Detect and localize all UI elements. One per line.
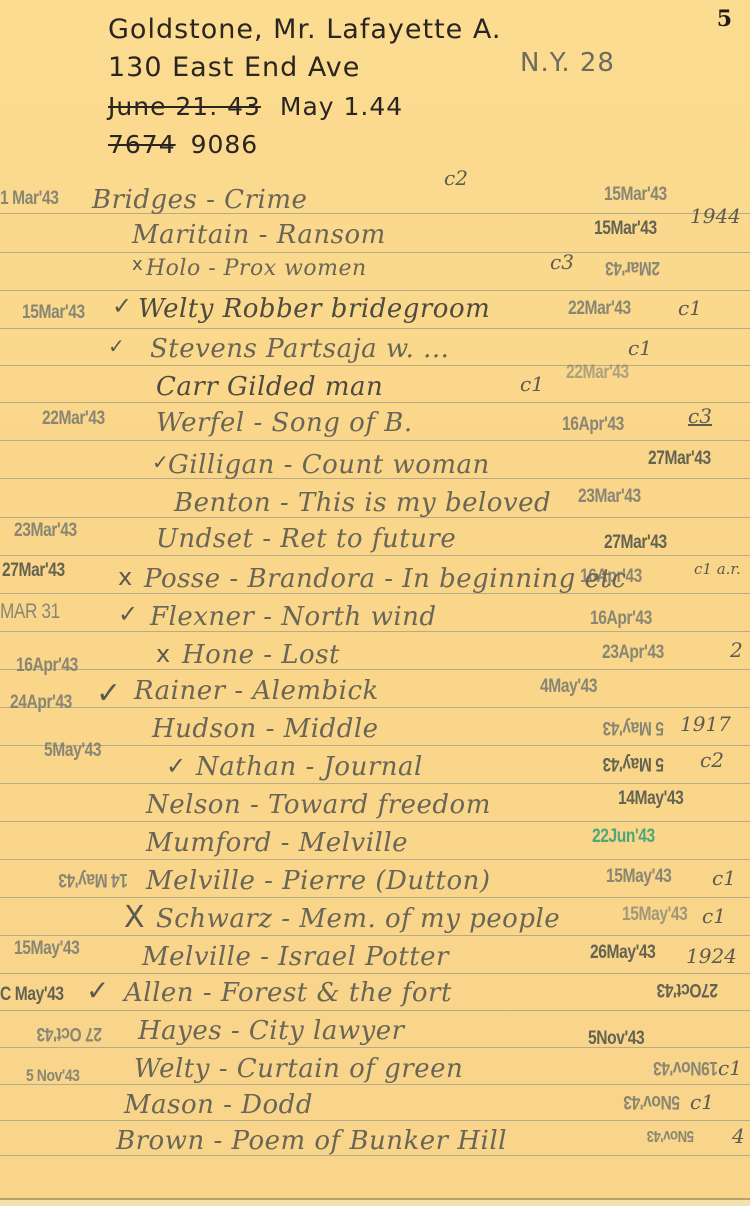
loan-entry: Posse - Brandora - In beginning etc: [144, 564, 626, 594]
loan-entry: Flexner - North wind: [150, 602, 437, 632]
loan-entry: Welty Robber bridegroom: [138, 294, 490, 324]
loan-entry: Nathan - Journal: [196, 752, 423, 782]
ruling-line: [0, 669, 750, 670]
date-stamp: 24Apr'43: [10, 692, 72, 714]
loan-entry: Stevens Partsaja w. ...: [150, 334, 449, 364]
loan-entry: Allen - Forest & the fort: [124, 978, 452, 1008]
margin-note: c1: [690, 1090, 714, 1114]
date-stamp: 2Mar'43: [605, 256, 660, 278]
date-stamp: 5Nov'43: [588, 1028, 644, 1050]
date-line: June 21. 43 May 1.44: [108, 92, 403, 121]
date-stamp: MAR 31: [0, 600, 60, 624]
margin-note: c1: [702, 904, 726, 928]
date-stamp: 5Nov'43: [647, 1126, 694, 1144]
loan-entry: Mumford - Melville: [146, 828, 408, 858]
loan-entry: Rainer - Alembick: [134, 676, 379, 706]
check-mark: ✓: [166, 752, 186, 780]
check-mark: ✓: [96, 676, 121, 711]
date-stamp: 15Mar'43: [22, 302, 85, 324]
margin-note: 1944: [690, 204, 741, 228]
date-stamp: 27Mar'43: [604, 532, 667, 554]
ruling-line: [0, 935, 750, 936]
card-no-line: 7674 9086: [108, 130, 258, 159]
ruling-line: [0, 1010, 750, 1011]
loan-entry: Maritain - Ransom: [132, 220, 386, 250]
ruling-line: [0, 328, 750, 329]
date-stamp: 23Mar'43: [14, 520, 77, 542]
loan-entry: Mason - Dodd: [124, 1090, 313, 1120]
date-stamp: 14 May'43: [59, 868, 128, 890]
date-current: May 1.44: [280, 92, 403, 121]
loan-entry: Schwarz - Mem. of my people: [156, 904, 560, 934]
check-mark: ✓: [112, 292, 132, 320]
date-stamp: 5 May'43: [603, 716, 664, 738]
loan-entry: Holo - Prox women: [146, 256, 367, 281]
check-mark: ✓: [152, 450, 169, 474]
ruling-line: [0, 745, 750, 746]
ruling-line: [0, 1084, 750, 1085]
date-struck: June 21. 43: [108, 92, 261, 121]
loan-entry: Hayes - City lawyer: [138, 1016, 405, 1046]
ruling-line: [0, 252, 750, 253]
date-stamp: 27 Oct'43: [37, 1022, 102, 1044]
margin-note: 2: [730, 638, 743, 662]
ruling-line: [0, 440, 750, 441]
date-stamp: 5Nov'43: [624, 1090, 680, 1112]
margin-note: 1924: [686, 944, 737, 968]
margin-note: c2: [444, 166, 468, 190]
library-borrower-card: 5 Goldstone, Mr. Lafayette A. 130 East E…: [0, 0, 750, 1200]
ruling-line: [0, 402, 750, 403]
margin-note: c1: [678, 296, 702, 320]
date-stamp: C May'43: [0, 984, 64, 1006]
margin-note: c3: [688, 404, 712, 428]
card-number: 5: [717, 6, 732, 32]
date-stamp: 22Mar'43: [566, 362, 629, 384]
date-stamp: 15May'43: [14, 938, 79, 960]
date-stamp: 5May'43: [44, 740, 101, 762]
loan-entry: Melville - Pierre (Dutton): [146, 866, 491, 896]
loan-entry: Carr Gilded man: [156, 372, 383, 402]
date-stamp: 14May'43: [618, 788, 683, 810]
check-mark: ✓: [86, 974, 109, 1007]
loan-entry: Welty - Curtain of green: [134, 1054, 463, 1084]
date-stamp: 5 May'43: [603, 752, 664, 774]
date-stamp: 19Nov'43: [653, 1056, 718, 1078]
x-mark: x: [118, 563, 132, 591]
loan-entry: Undset - Ret to future: [156, 524, 456, 554]
ruling-line: [0, 290, 750, 291]
date-stamp: 16Apr'43: [590, 608, 652, 630]
loan-entry: Hone - Lost: [182, 640, 340, 670]
date-stamp: 22Mar'43: [568, 298, 631, 320]
date-stamp: 5 Nov'43: [26, 1066, 80, 1086]
loan-entry: Bridges - Crime: [92, 185, 307, 215]
ruling-line: [0, 973, 750, 974]
loan-entry: Brown - Poem of Bunker Hill: [116, 1126, 507, 1156]
margin-note: c1: [628, 336, 652, 360]
date-stamp: 23Mar'43: [578, 486, 641, 508]
card-no-struck: 7674: [108, 130, 176, 159]
margin-note: c1 a.r.: [694, 560, 741, 578]
date-stamp: 15Mar'43: [594, 218, 657, 240]
ruling-line: [0, 555, 750, 556]
margin-note: 1917: [680, 712, 731, 736]
x-mark: x: [156, 640, 170, 668]
ruling-line: [0, 365, 750, 366]
postal-zone: N.Y. 28: [520, 48, 615, 78]
ruling-line: [0, 859, 750, 860]
date-stamp: 27Oct'43: [657, 978, 718, 1000]
ruling-line: [0, 897, 750, 898]
x-mark: X: [124, 900, 145, 935]
loan-entry: Benton - This is my beloved: [174, 488, 551, 518]
borrower-name: Goldstone, Mr. Lafayette A.: [108, 14, 501, 45]
date-stamp: 4May'43: [540, 676, 597, 698]
margin-note: c3: [550, 250, 574, 274]
date-stamp: 27Mar'43: [648, 448, 711, 470]
margin-note: 4: [732, 1124, 745, 1148]
date-stamp: 1 Mar'43: [0, 188, 58, 210]
date-stamp: 26May'43: [590, 942, 655, 964]
check-mark: ✓: [118, 600, 138, 628]
loan-entry: Nelson - Toward freedom: [146, 790, 491, 820]
loan-entry: Melville - Israel Potter: [142, 942, 449, 972]
date-stamp: 15May'43: [606, 866, 671, 888]
loan-entry: Gilligan - Count woman: [168, 450, 490, 480]
margin-note: c1: [712, 866, 736, 890]
date-stamp-green: 22Jun'43: [592, 826, 655, 848]
loan-entry: Hudson - Middle: [152, 714, 379, 744]
date-stamp: 15Mar'43: [604, 184, 667, 206]
margin-note: c1: [718, 1056, 742, 1080]
card-no-current: 9086: [191, 130, 259, 159]
date-stamp: 22Mar'43: [42, 408, 105, 430]
date-stamp: 23Apr'43: [602, 642, 664, 664]
date-stamp: 16Apr'43: [562, 414, 624, 436]
loan-entry: Werfel - Song of B.: [156, 408, 413, 438]
margin-note: c2: [700, 748, 724, 772]
ruling-line: [0, 1120, 750, 1121]
ruling-line: [0, 821, 750, 822]
ruling-line: [0, 783, 750, 784]
date-stamp: 15May'43: [622, 904, 687, 926]
check-mark: ✓: [108, 334, 125, 358]
date-stamp: 16Apr'43: [16, 655, 78, 677]
margin-note: c1: [520, 372, 544, 396]
borrower-address: 130 East End Ave: [108, 52, 360, 83]
x-mark: x: [132, 254, 143, 275]
date-stamp: 27Mar'43: [2, 560, 65, 582]
